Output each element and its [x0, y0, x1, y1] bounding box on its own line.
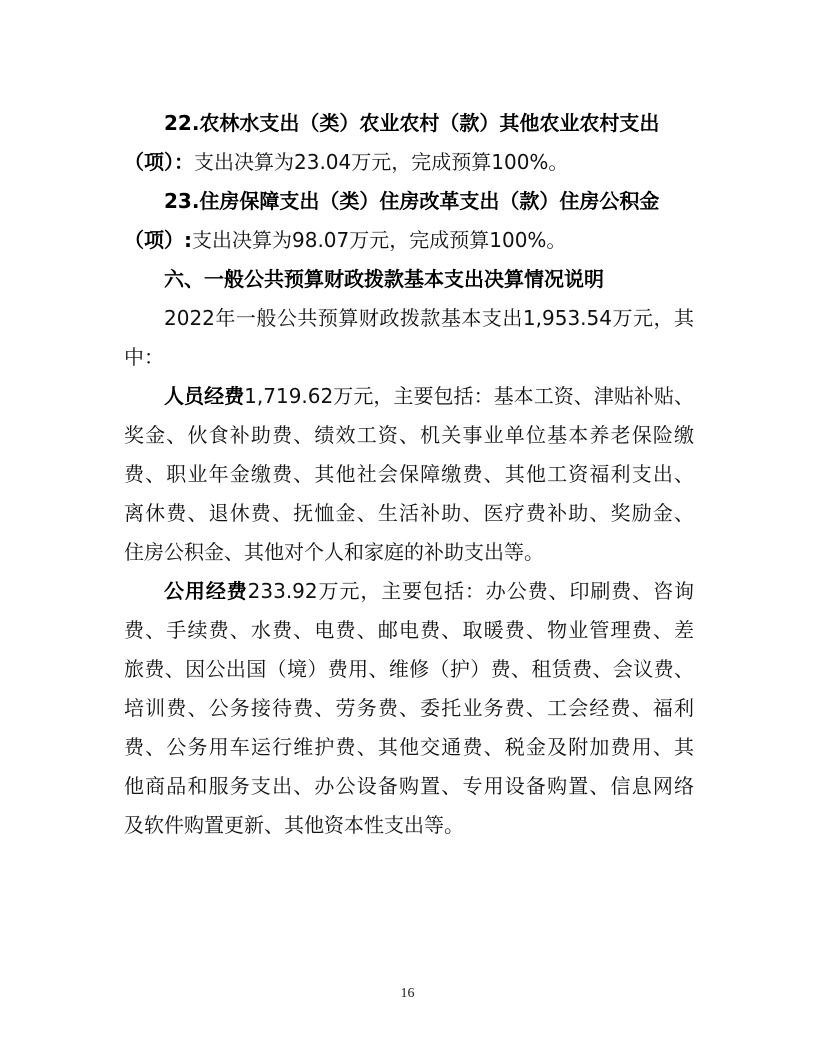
item-23-detail: （项）:支出决算为98.07万元，完成预算100%。 — [124, 221, 694, 260]
item-22-detail: （项）：支出决算为23.04万元，完成预算100%。 — [124, 143, 694, 182]
public-expense-line-6: 他商品和服务支出、办公设备购置、专用设备购置、信息网络 — [124, 767, 694, 806]
personnel-expense-label: 人员经费 — [164, 384, 244, 408]
page-number: 16 — [0, 986, 815, 1002]
item-23-heading: 23.住房保障支出（类）住房改革支出（款）住房公积金 — [124, 182, 694, 221]
personnel-expense-line-1: 人员经费1,719.62万元，主要包括：基本工资、津贴补贴、 — [124, 377, 694, 416]
public-expense-label: 公用经费 — [164, 579, 248, 603]
section-6-intro-line-1: 2022年一般公共预算财政拨款基本支出1,953.54万元，其 — [124, 299, 694, 338]
public-expense-line-2: 费、手续费、水费、电费、邮电费、取暖费、物业管理费、差 — [124, 611, 694, 650]
public-expense-line-4: 培训费、公务接待费、劳务费、委托业务费、工会经费、福利 — [124, 689, 694, 728]
item-23-detail-text: 支出决算为98.07万元，完成预算100%。 — [192, 228, 566, 252]
item-23-heading-text: 23.住房保障支出（类）住房改革支出（款）住房公积金 — [164, 189, 659, 213]
document-body: 22.农林水支出（类）农业农村（款）其他农业农村支出 （项）：支出决算为23.0… — [124, 104, 694, 845]
personnel-expense-line-2: 奖金、伙食补助费、绩效工资、机关事业单位基本养老保险缴 — [124, 416, 694, 455]
public-expense-line-7: 及软件购置更新、其他资本性支出等。 — [124, 806, 694, 845]
item-23-detail-label: （项）: — [124, 228, 192, 252]
item-22-heading: 22.农林水支出（类）农业农村（款）其他农业农村支出 — [124, 104, 694, 143]
document-page: 22.农林水支出（类）农业农村（款）其他农业农村支出 （项）：支出决算为23.0… — [0, 0, 815, 1055]
public-expense-line-5: 费、公务用车运行维护费、其他交通费、税金及附加费用、其 — [124, 728, 694, 767]
personnel-expense-line-4: 离休费、退休费、抚恤金、生活补助、医疗费补助、奖励金、 — [124, 494, 694, 533]
public-expense-line-1: 公用经费233.92万元，主要包括：办公费、印刷费、咨询 — [124, 572, 694, 611]
item-22-detail-label: （项）： — [124, 150, 194, 174]
item-22-heading-text: 22.农林水支出（类）农业农村（款）其他农业农村支出 — [164, 111, 659, 135]
section-6-heading-text: 六、一般公共预算财政拨款基本支出决算情况说明 — [164, 267, 604, 291]
personnel-expense-line-5: 住房公积金、其他对个人和家庭的补助支出等。 — [124, 533, 694, 572]
public-expense-line-3: 旅费、因公出国（境）费用、维修（护）费、租赁费、会议费、 — [124, 650, 694, 689]
section-6-heading: 六、一般公共预算财政拨款基本支出决算情况说明 — [124, 260, 694, 299]
section-6-intro-line-2: 中： — [124, 338, 694, 377]
personnel-expense-line-3: 费、职业年金缴费、其他社会保障缴费、其他工资福利支出、 — [124, 455, 694, 494]
item-22-detail-text: 支出决算为23.04万元，完成预算100%。 — [194, 150, 568, 174]
